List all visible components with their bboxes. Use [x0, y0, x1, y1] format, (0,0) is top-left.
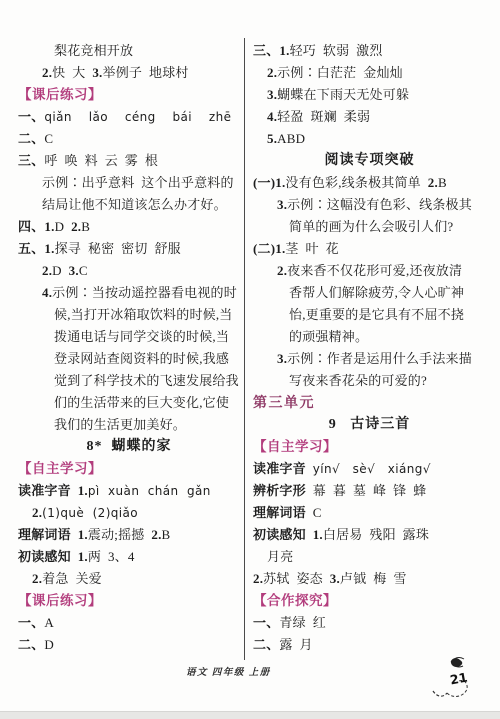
answer-line: 5.ABD: [253, 128, 486, 150]
answer-line: 初读感知 1.白居易 残阳 露珠: [253, 524, 486, 546]
exercise-header: 【自主学习】: [18, 458, 240, 480]
answer-line: 怡,更重要的是它具有不屈不挠: [253, 304, 486, 326]
answer-line: 五、1.探寻 秘密 密切 舒服: [18, 238, 240, 260]
answer-line: 示例∶出乎意料 这个出乎意料的: [18, 172, 240, 194]
answer-line: 四、1.D 2.B: [18, 216, 240, 238]
answer-line: 们的生活带来的巨大变化,它使: [18, 392, 240, 414]
answer-line: 觉到了科学技术的飞速发展给我: [18, 370, 240, 392]
answer-line: 4.轻盈 斑斓 柔弱: [253, 106, 486, 128]
answer-line: 2.着急 关爱: [18, 568, 240, 590]
answer-line: 三、1.轻巧 软弱 激烈: [253, 40, 486, 62]
answer-line: 我们的生活更加美好。: [18, 414, 240, 436]
answer-line: 月亮: [253, 546, 486, 568]
answer-line: 2.夜来香不仅花形可爱,还夜放清: [253, 260, 486, 282]
answer-line: 理解词语 1.震动;摇撼 2.B: [18, 524, 240, 546]
answer-line: 三、呼 唤 料 云 雾 根: [18, 150, 240, 172]
lesson-title: 8* 蝴蝶的家: [18, 436, 240, 458]
answer-line: 梨花竞相开放: [18, 40, 240, 62]
answer-line: 结局让他不知道该怎么办才好。: [18, 194, 240, 216]
answer-line: 的顽强精神。: [253, 326, 486, 348]
answer-line: 2.快 大 3.举例子 地球村: [18, 62, 240, 84]
exercise-header: 【课后练习】: [18, 84, 240, 106]
exercise-header: 【合作探究】: [253, 590, 486, 612]
lesson-title: 9 古诗三首: [253, 414, 486, 436]
exercise-header: 【课后练习】: [18, 590, 240, 612]
answer-line: (一)1.没有色彩,线条极其简单 2.B: [253, 172, 486, 194]
answer-line: 候,当打开冰箱取饮料的时候,当: [18, 304, 240, 326]
bottom-strip: [0, 711, 500, 719]
answer-line: 一、青绿 红: [253, 612, 486, 634]
lesson-title: 阅读专项突破: [253, 150, 486, 172]
answer-line: 2.D 3.C: [18, 260, 240, 282]
answer-line: 初读感知 1.两 3、4: [18, 546, 240, 568]
answer-line: 一、A: [18, 612, 240, 634]
answer-line: 拨通电话与同学交谈的时候,当: [18, 326, 240, 348]
answer-line: 3.示例∶这幅没有色彩、线条极其: [253, 194, 486, 216]
answer-line: 辨析字形 幕 暮 墓 峰 锋 蜂: [253, 480, 486, 502]
answer-line: 3.蝴蝶在下雨天无处可躲: [253, 84, 486, 106]
page-number-decoration: 21: [430, 650, 482, 706]
answer-line: 登录网站查阅资料的时候,我感: [18, 348, 240, 370]
exercise-header: 【自主学习】: [253, 436, 486, 458]
answer-line: 简单的画为什么会吸引人们?: [253, 216, 486, 238]
answer-columns: 梨花竞相开放2.快 大 3.举例子 地球村【课后练习】一、qiǎn lǎo cé…: [0, 40, 500, 656]
left-column: 梨花竞相开放2.快 大 3.举例子 地球村【课后练习】一、qiǎn lǎo cé…: [0, 40, 245, 656]
answer-line: 读准字音 1.pì xuàn chán gǎn: [18, 480, 240, 502]
answer-line: 二、D: [18, 634, 240, 656]
answer-line: 一、qiǎn lǎo céng bái zhē: [18, 106, 240, 128]
workbook-answer-page: 梨花竞相开放2.快 大 3.举例子 地球村【课后练习】一、qiǎn lǎo cé…: [0, 0, 500, 719]
unit-title: 第三单元: [253, 392, 486, 414]
answer-line: 二、C: [18, 128, 240, 150]
answer-line: 4.示例∶当按动遥控器看电视的时: [18, 282, 240, 304]
answer-line: 2.苏轼 姿态 3.卢钺 梅 雪: [253, 568, 486, 590]
answer-line: 3.示例∶作者是运用什么手法来描: [253, 348, 486, 370]
answer-line: 香帮人们解除疲劳,令人心旷神: [253, 282, 486, 304]
answer-line: 2.(1)què (2)qiǎo: [18, 502, 240, 524]
right-column: 三、1.轻巧 软弱 激烈2.示例∶白茫茫 金灿灿3.蝴蝶在下雨天无处可躲4.轻盈…: [245, 40, 500, 656]
answer-line: (二)1.茎 叶 花: [253, 238, 486, 260]
answer-line: 理解词语 C: [253, 502, 486, 524]
page-number: 21: [449, 670, 469, 688]
answer-line: 写夜来香花朵的可爱的?: [253, 370, 486, 392]
footer-book-label: 语文 四年级 上册: [186, 664, 271, 678]
answer-line: 2.示例∶白茫茫 金灿灿: [253, 62, 486, 84]
answer-line: 读准字音 yín√ sè√ xiáng√: [253, 458, 486, 480]
